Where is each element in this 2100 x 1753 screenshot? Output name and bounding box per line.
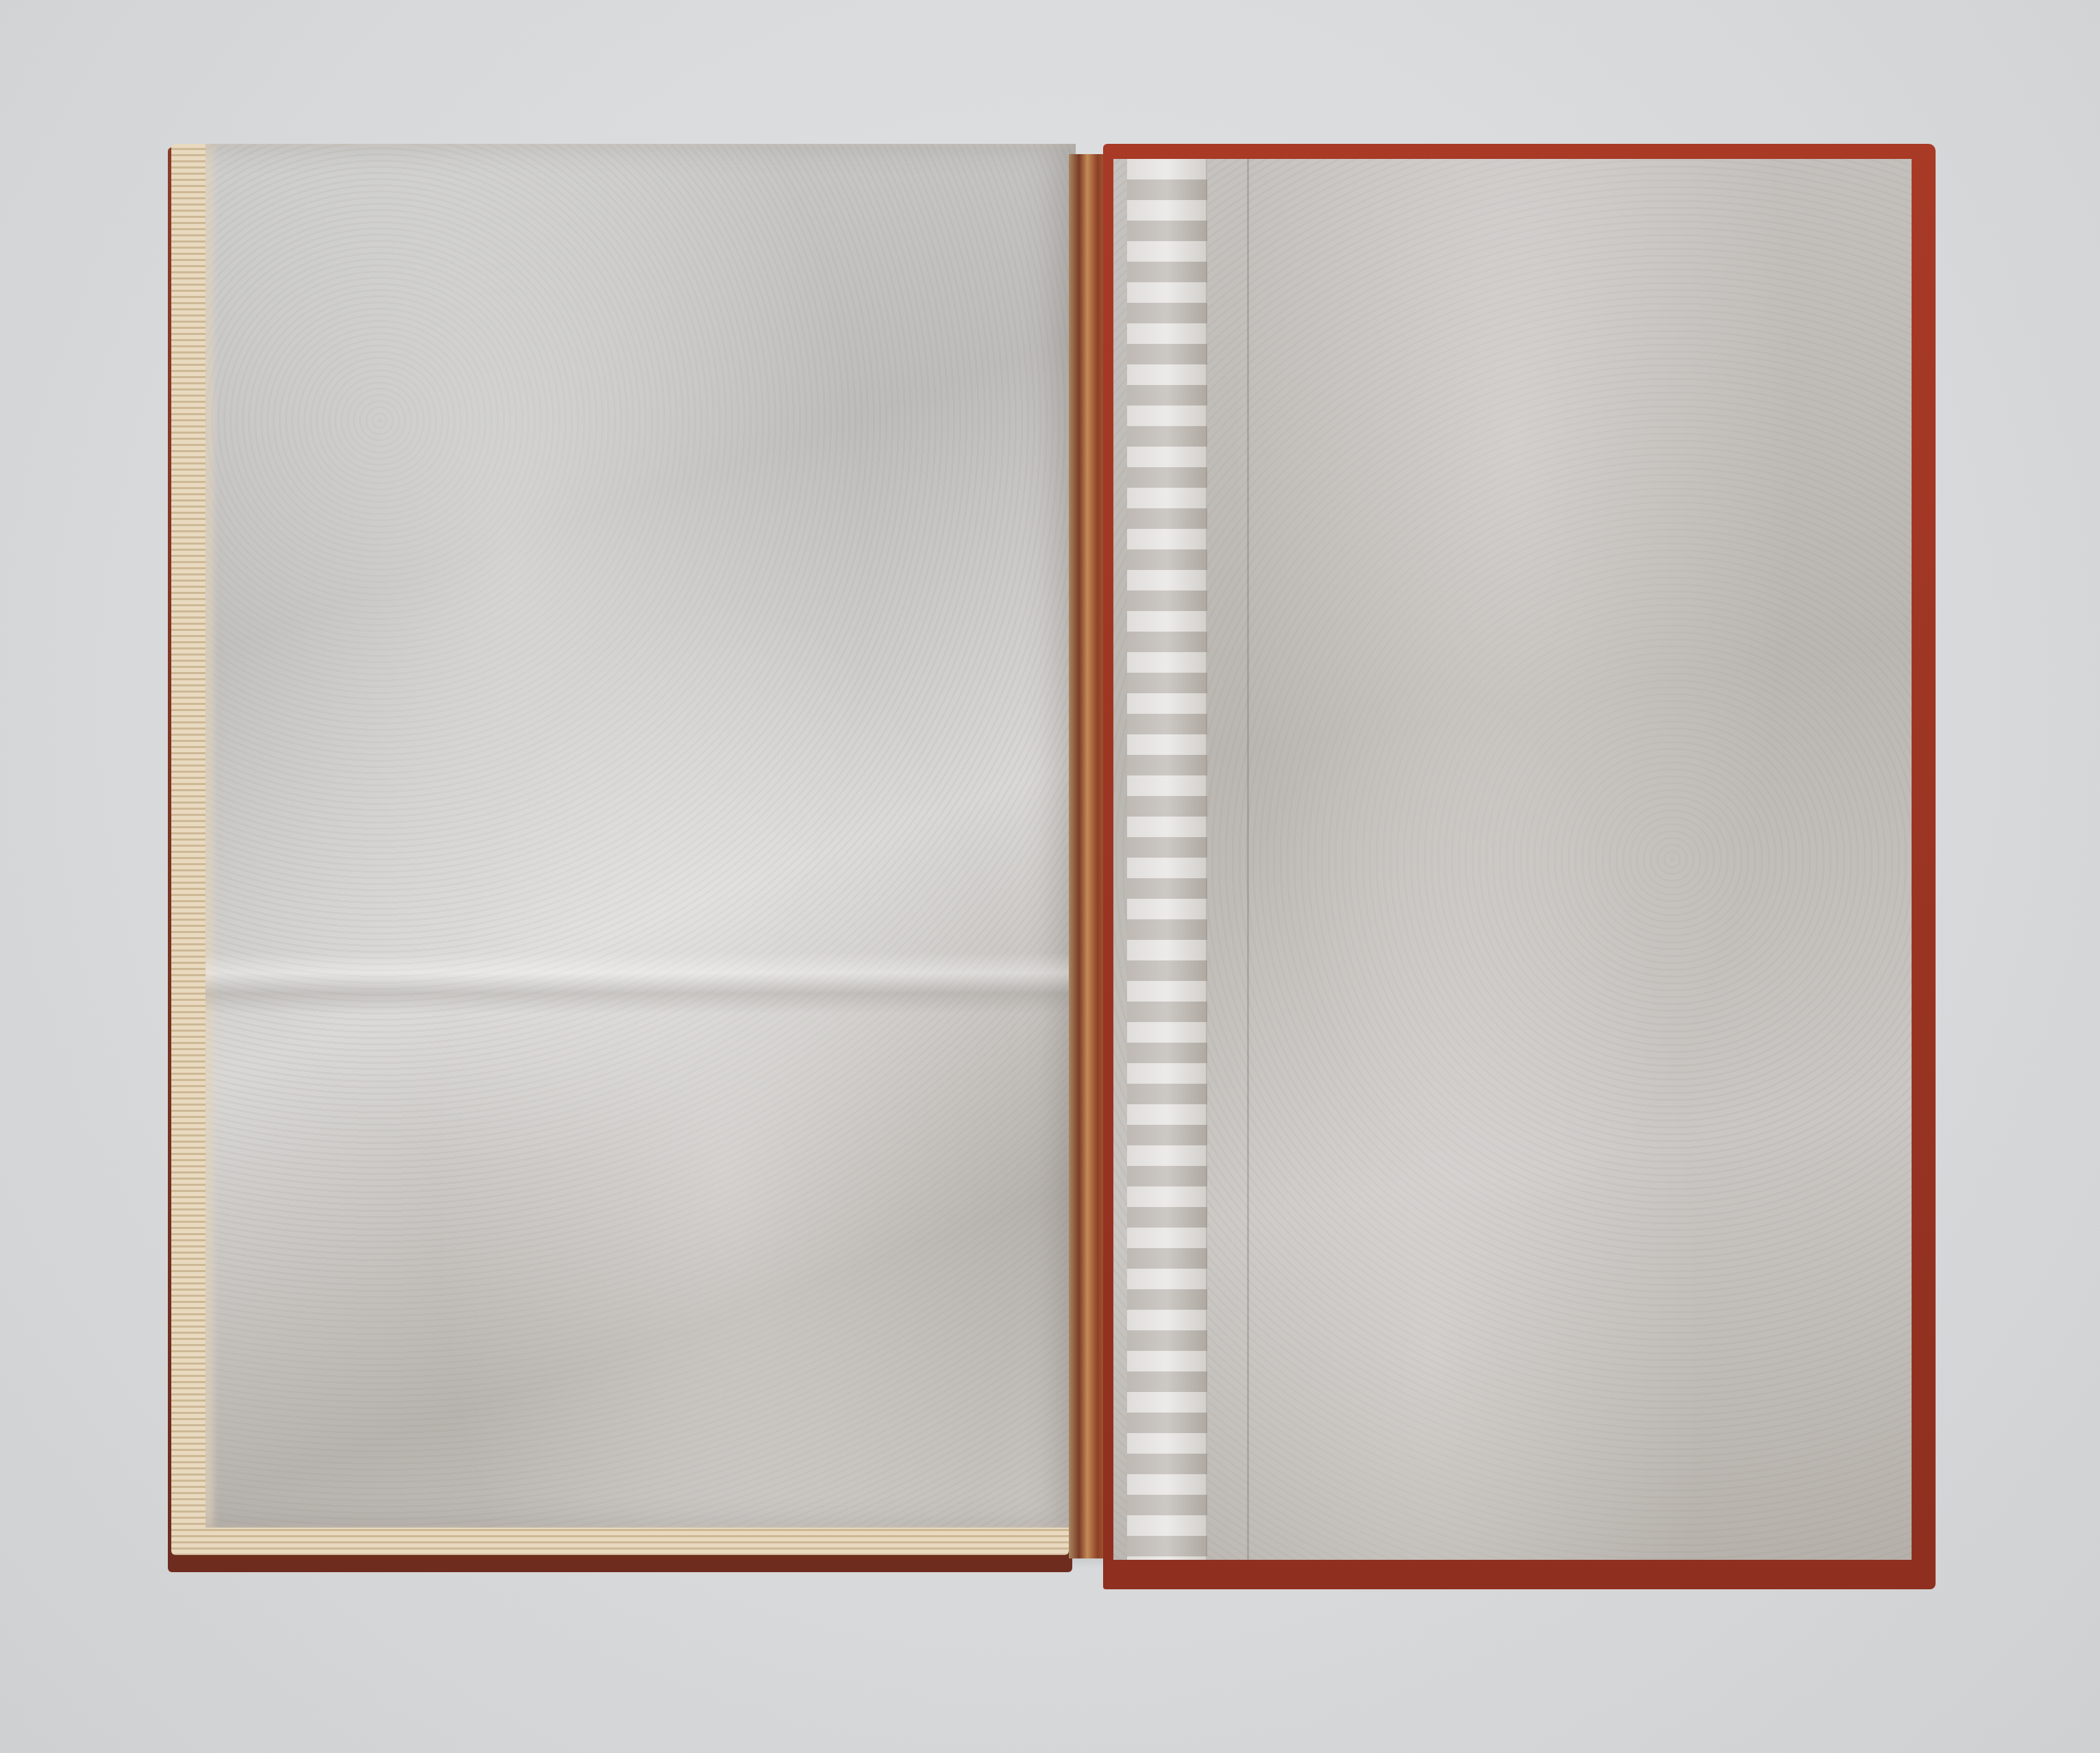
horizontal-crease xyxy=(206,952,1076,1014)
hinge-strip xyxy=(1127,159,1207,1560)
vertical-crease xyxy=(1247,159,1249,1560)
left-silver-endpaper xyxy=(206,144,1076,1528)
right-silver-pastedown xyxy=(1113,159,1912,1560)
